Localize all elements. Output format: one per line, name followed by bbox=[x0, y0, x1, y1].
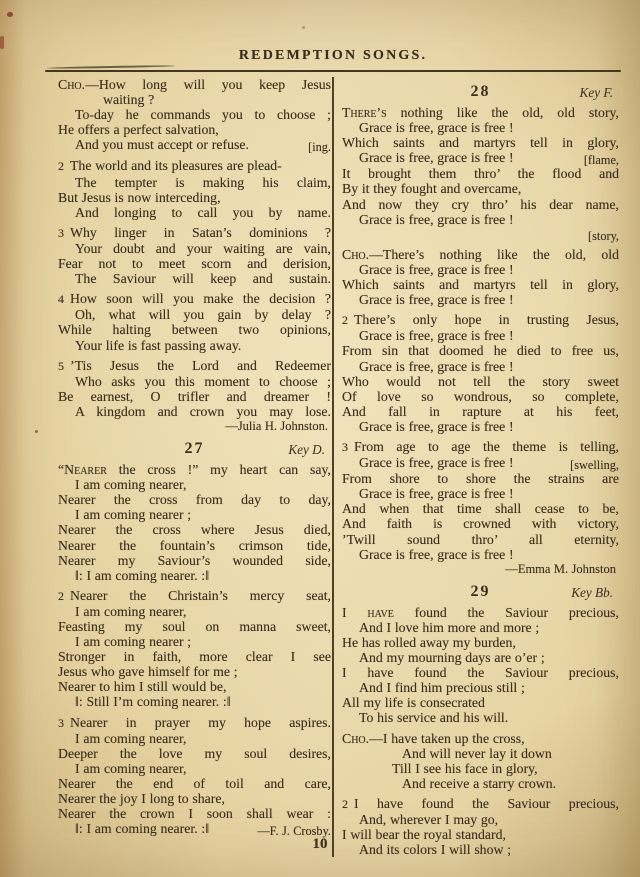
song-key: Key D. bbox=[288, 441, 325, 458]
song-heading: 29Key Bb. bbox=[342, 583, 619, 600]
song-line: The tempter is making his claim, bbox=[58, 175, 331, 190]
line-text: ’Twill sound thro’ all eternity, bbox=[342, 532, 619, 547]
attribution-line: —Julia H. Johnston. bbox=[58, 419, 331, 434]
song-line: By it they fought and overcame, bbox=[342, 181, 619, 196]
line-text: ‖: I am coming nearer. :‖ bbox=[75, 568, 209, 583]
line-text: Who would not tell the story sweet bbox=[342, 374, 619, 389]
line-text: Till I see his face in glory, bbox=[392, 761, 538, 776]
line-text: It brought them thro’ the flood and bbox=[342, 166, 619, 181]
song-line: “Nearer the cross !” my heart can say, bbox=[58, 462, 331, 477]
line-text: Which saints and martyrs tell in glory, bbox=[342, 135, 619, 150]
song-line: Your doubt and your waiting are vain, bbox=[58, 241, 331, 256]
stanza: Cho.—There’s nothing like the old, oldGr… bbox=[342, 247, 619, 307]
song-line: 2There’s only hope in trusting Jesus, bbox=[342, 312, 619, 328]
song-line: And, wherever I may go, bbox=[342, 812, 619, 827]
line-text: Grace is free, grace is free ! bbox=[359, 120, 514, 135]
song-line: Grace is free, grace is free ! bbox=[342, 212, 619, 227]
song-line: Nearer the fountain’s crimson tide, bbox=[58, 538, 331, 553]
stanza: 5’Tis Jesus the Lord and RedeemerWho ask… bbox=[58, 358, 331, 434]
song-line: And I find him precious still ; bbox=[342, 680, 619, 695]
song-line: He has rolled away my burden, bbox=[342, 635, 619, 650]
song-line: Of love so wondrous, so complete, bbox=[342, 389, 619, 404]
song-line: I am coming nearer, bbox=[58, 604, 331, 619]
line-text: Nearer the cross from day to day, bbox=[58, 492, 331, 507]
song-line: To his service and his will. bbox=[342, 710, 619, 725]
right-column: 28Key F.There’s nothing like the old, ol… bbox=[334, 77, 621, 857]
line-text: Grace is free, grace is free ! bbox=[359, 262, 514, 277]
song-line: And receive a starry crown. bbox=[342, 776, 619, 791]
line-text: And I love him more and more ; bbox=[359, 620, 539, 635]
line-text: From sin that doomed he died to free us, bbox=[342, 343, 619, 358]
verse-number: 2 bbox=[58, 589, 64, 603]
song-line: Feasting my soul on manna sweet, bbox=[58, 619, 331, 634]
line-text: From age to age the theme is telling, bbox=[354, 439, 619, 454]
small-caps-lead: There’s bbox=[342, 105, 387, 120]
line-text: And now they cry thro’ his dear name, bbox=[342, 197, 619, 212]
line-text: Why linger in Satan’s dominions ? bbox=[70, 225, 331, 240]
stanza: 3Why linger in Satan’s dominions ?Your d… bbox=[58, 225, 331, 286]
line-text: Nearer the end of toil and care, bbox=[58, 776, 331, 791]
song-line: Grace is free, grace is free ! bbox=[342, 486, 619, 501]
song-line: ‖: I am coming nearer. :‖ bbox=[58, 568, 331, 583]
song-line: 5’Tis Jesus the Lord and Redeemer bbox=[58, 358, 331, 374]
line-text: And fall in rapture at his feet, bbox=[342, 404, 619, 419]
small-caps-lead: Cho. bbox=[342, 731, 369, 746]
song-line: And you must accept or refuse.[ing. bbox=[58, 137, 331, 153]
song-line: The Saviour will keep and sustain. bbox=[58, 271, 331, 286]
song-line: It brought them thro’ the flood and bbox=[342, 166, 619, 181]
small-caps-lead: I have bbox=[342, 605, 394, 620]
line-text: Feasting my soul on manna sweet, bbox=[58, 619, 331, 634]
line-text: Cho.—I have taken up the cross, bbox=[342, 731, 525, 746]
song-number: 28 bbox=[342, 83, 619, 100]
stanza: 3From age to age the theme is telling,Gr… bbox=[342, 439, 619, 577]
page-number: 10 bbox=[0, 836, 640, 853]
song-line: All my life is consecrated bbox=[342, 695, 619, 710]
song-key: Key F. bbox=[580, 84, 613, 101]
line-text: And I find him precious still ; bbox=[359, 680, 525, 695]
verse-number: 2 bbox=[342, 313, 348, 327]
line-text: Nearer the joy I long to share, bbox=[58, 791, 225, 806]
runover-ref: [ing. bbox=[308, 140, 331, 155]
scan-artifact bbox=[302, 26, 305, 29]
line-text: Grace is free, grace is free ! bbox=[359, 419, 514, 434]
line-text: Nearer the fountain’s crimson tide, bbox=[58, 538, 331, 553]
verse-number: 4 bbox=[58, 292, 64, 306]
stanza: 2There’s only hope in trusting Jesus,Gra… bbox=[342, 312, 619, 434]
song-line: From shore to shore the strains are bbox=[342, 471, 619, 486]
verse-number: 3 bbox=[58, 226, 64, 240]
song-line: Nearer the cross from day to day, bbox=[58, 492, 331, 507]
runover-ref: [story, bbox=[588, 229, 619, 244]
song-line: I am coming nearer, bbox=[58, 731, 331, 746]
song-line: waiting ? bbox=[58, 92, 331, 107]
line-text: I am coming nearer, bbox=[75, 731, 186, 746]
line-text: From shore to shore the strains are bbox=[342, 471, 619, 486]
line-text: Nearer the crown I soon shall wear : bbox=[58, 806, 331, 821]
line-text: Nearer my Saviour’s wounded side, bbox=[58, 553, 331, 568]
song-line: And my mourning days are o’er ; bbox=[342, 650, 619, 665]
line-text: Nearer the Christain’s mercy seat, bbox=[70, 588, 331, 603]
line-text: I am coming nearer ; bbox=[75, 634, 191, 649]
song-line: Grace is free, grace is free ! bbox=[342, 120, 619, 135]
song-line: Nearer the cross where Jesus died, bbox=[58, 522, 331, 537]
line-text: Grace is free, grace is free ! bbox=[359, 486, 514, 501]
song-line: 3From age to age the theme is telling, bbox=[342, 439, 619, 455]
line-text: And my mourning days are o’er ; bbox=[359, 650, 545, 665]
song-line: But Jesus is now interceding, bbox=[58, 190, 331, 205]
line-text: But Jesus is now interceding, bbox=[58, 190, 221, 205]
line-text: He offers a perfect salvation, bbox=[58, 122, 219, 137]
song-line: Be earnest, O trifler and dreamer ! bbox=[58, 389, 331, 404]
small-caps-lead: Cho. bbox=[58, 77, 85, 92]
line-text: Who asks you this moment to choose ; bbox=[75, 374, 331, 389]
line-text: He has rolled away my burden, bbox=[342, 635, 516, 650]
line-text: Your life is fast passing away. bbox=[75, 338, 241, 353]
line-text: waiting ? bbox=[103, 92, 154, 107]
line-text: Fear not to meet scorn and derision, bbox=[58, 256, 331, 271]
book-page: REDEMPTION SONGS. Cho.—How long will you… bbox=[0, 0, 640, 877]
line-text: And you must accept or refuse. bbox=[75, 137, 249, 152]
song-line: Till I see his face in glory, bbox=[342, 761, 619, 776]
line-text: To his service and his will. bbox=[359, 710, 508, 725]
line-text: Nearer the cross where Jesus died, bbox=[58, 522, 331, 537]
small-caps-lead: Cho. bbox=[342, 247, 369, 262]
scan-artifact bbox=[35, 430, 38, 433]
line-text: All my life is consecrated bbox=[342, 695, 485, 710]
song-line: I am coming nearer ; bbox=[58, 634, 331, 649]
header-rule bbox=[45, 70, 621, 72]
line-text: And, wherever I may go, bbox=[359, 812, 498, 827]
line-text: Stronger in faith, more clear I see bbox=[58, 649, 331, 664]
line-text: Grace is free, grace is free ! bbox=[359, 547, 514, 562]
song-line: Grace is free, grace is free ! bbox=[342, 262, 619, 277]
line-text: Grace is free, grace is free ! bbox=[359, 328, 514, 343]
line-text: Grace is free, grace is free ! bbox=[359, 455, 514, 470]
small-caps-lead: “Nearer bbox=[58, 462, 107, 477]
song-line: From sin that doomed he died to free us, bbox=[342, 343, 619, 358]
stanza: “Nearer the cross !” my heart can say,I … bbox=[58, 462, 331, 583]
song-line: Stronger in faith, more clear I see bbox=[58, 649, 331, 664]
song-line: Deeper the love my soul desires, bbox=[58, 746, 331, 761]
line-text: I am coming nearer, bbox=[75, 604, 186, 619]
line-text: The Saviour will keep and sustain. bbox=[75, 271, 331, 286]
song-line: And when that time shall cease to be, bbox=[342, 501, 619, 516]
song-line: 2The world and its pleasures are plead- bbox=[58, 158, 331, 174]
scan-artifact bbox=[0, 36, 4, 49]
song-line: And I love him more and more ; bbox=[342, 620, 619, 635]
line-text: Which saints and martyrs tell in glory, bbox=[342, 277, 619, 292]
line-text: I have found the Saviour precious, bbox=[342, 665, 619, 680]
line-text: I have found the Saviour precious, bbox=[342, 605, 619, 620]
song-line: Your life is fast passing away. bbox=[58, 338, 331, 353]
song-line: 2Nearer the Christain’s mercy seat, bbox=[58, 588, 331, 604]
song-line: Which saints and martyrs tell in glory, bbox=[342, 135, 619, 150]
line-text: ‖: I am coming nearer. :‖ bbox=[75, 821, 209, 836]
song-line: Nearer the end of toil and care, bbox=[58, 776, 331, 791]
song-line: And now they cry thro’ his dear name, bbox=[342, 197, 619, 212]
song-line: Cho.—There’s nothing like the old, old bbox=[342, 247, 619, 262]
song-line: Who would not tell the story sweet bbox=[342, 374, 619, 389]
song-line: I am coming nearer, bbox=[58, 761, 331, 776]
page-content: REDEMPTION SONGS. Cho.—How long will you… bbox=[45, 48, 621, 857]
line-text: Oh, what will you gain by delay ? bbox=[75, 307, 331, 322]
song-line: While halting between two opinions, bbox=[58, 322, 331, 337]
line-text: I am coming nearer, bbox=[75, 761, 186, 776]
line-text: I am coming nearer ; bbox=[75, 507, 191, 522]
song-line: Jesus who gave himself for me ; bbox=[58, 664, 331, 679]
verse-number: 3 bbox=[342, 440, 348, 454]
line-text: ‖: Still I’m coming nearer. :‖ bbox=[75, 694, 231, 709]
stanza: 2The world and its pleasures are plead-T… bbox=[58, 158, 331, 219]
line-text: Deeper the love my soul desires, bbox=[58, 746, 331, 761]
stanza: 3Nearer in prayer my hope aspires.I am c… bbox=[58, 715, 331, 838]
song-line: Grace is free, grace is free ! bbox=[342, 328, 619, 343]
song-line: To-day he commands you to choose ; bbox=[58, 107, 331, 122]
line-text: A kingdom and crown you may lose. bbox=[75, 404, 331, 419]
line-text: I have found the Saviour precious, bbox=[354, 796, 619, 811]
line-text: The tempter is making his claim, bbox=[75, 175, 331, 190]
song-line: Cho.—How long will you keep Jesus bbox=[58, 77, 331, 92]
line-text: And faith is crowned with victory, bbox=[342, 516, 619, 531]
left-column: Cho.—How long will you keep Jesuswaiting… bbox=[45, 77, 331, 857]
song-heading: 28Key F. bbox=[342, 83, 619, 100]
song-line: [story, bbox=[342, 227, 619, 242]
line-text: Grace is free, grace is free ! bbox=[359, 292, 514, 307]
song-heading: 27Key D. bbox=[58, 440, 331, 457]
line-text: Grace is free, grace is free ! bbox=[359, 359, 514, 374]
page-header: REDEMPTION SONGS. bbox=[45, 48, 621, 64]
line-text: There’s only hope in trusting Jesus, bbox=[354, 312, 619, 327]
line-text: Nearer to him I still would be, bbox=[58, 679, 226, 694]
song-line: Grace is free, grace is free ![flame, bbox=[342, 150, 619, 166]
scan-artifact bbox=[7, 12, 13, 17]
song-line: Grace is free, grace is free ! bbox=[342, 547, 619, 562]
song-line: And faith is crowned with victory, bbox=[342, 516, 619, 531]
song-line: Fear not to meet scorn and derision, bbox=[58, 256, 331, 271]
line-text: How soon will you make the decision ? bbox=[70, 291, 331, 306]
line-text: Nearer in prayer my hope aspires. bbox=[70, 715, 331, 730]
verse-number: 3 bbox=[58, 716, 64, 730]
song-line: 4How soon will you make the decision ? bbox=[58, 291, 331, 307]
song-line: A kingdom and crown you may lose. bbox=[58, 404, 331, 419]
verse-number: 2 bbox=[58, 159, 64, 173]
song-line: 3Why linger in Satan’s dominions ? bbox=[58, 225, 331, 241]
line-text: “Nearer the cross !” my heart can say, bbox=[58, 462, 331, 477]
line-text: To-day he commands you to choose ; bbox=[75, 107, 331, 122]
line-text: The world and its pleasures are plead- bbox=[70, 158, 282, 173]
verse-number: 5 bbox=[58, 359, 64, 373]
line-text: Grace is free, grace is free ! bbox=[359, 212, 514, 227]
stanza: 4How soon will you make the decision ?Oh… bbox=[58, 291, 331, 352]
song-line: Grace is free, grace is free ! bbox=[342, 419, 619, 434]
song-line: Grace is free, grace is free ! bbox=[342, 292, 619, 307]
song-line: 3Nearer in prayer my hope aspires. bbox=[58, 715, 331, 731]
song-line: ’Twill sound thro’ all eternity, bbox=[342, 532, 619, 547]
song-line: Who asks you this moment to choose ; bbox=[58, 374, 331, 389]
song-line: I have found the Saviour precious, bbox=[342, 665, 619, 680]
song-line: I am coming nearer, bbox=[58, 477, 331, 492]
stanza: There’s nothing like the old, old story,… bbox=[342, 105, 619, 242]
song-line: Nearer the crown I soon shall wear : bbox=[58, 806, 331, 821]
song-line: ‖: I am coming nearer. :‖—F. J. Crosby. bbox=[58, 821, 331, 837]
line-text: Grace is free, grace is free ! bbox=[359, 150, 514, 165]
line-text: And receive a starry crown. bbox=[402, 776, 556, 791]
song-line: Cho.—I have taken up the cross, bbox=[342, 731, 619, 746]
song-line: Nearer to him I still would be, bbox=[58, 679, 331, 694]
song-line: He offers a perfect salvation, bbox=[58, 122, 331, 137]
song-line: I have found the Saviour precious, bbox=[342, 605, 619, 620]
line-text: There’s nothing like the old, old story, bbox=[342, 105, 619, 120]
verse-number: 2 bbox=[342, 797, 348, 811]
line-text: Of love so wondrous, so complete, bbox=[342, 389, 619, 404]
song-line: Nearer the joy I long to share, bbox=[58, 791, 331, 806]
song-line: I am coming nearer ; bbox=[58, 507, 331, 522]
song-line: Grace is free, grace is free ![swelling, bbox=[342, 455, 619, 471]
line-text: And longing to call you by name. bbox=[75, 205, 331, 220]
stanza: Cho.—How long will you keep Jesuswaiting… bbox=[58, 77, 331, 153]
song-line: Oh, what will you gain by delay ? bbox=[58, 307, 331, 322]
runover-ref: [flame, bbox=[584, 153, 619, 168]
song-line: And will never lay it down bbox=[342, 746, 619, 761]
line-text: Be earnest, O trifler and dreamer ! bbox=[58, 389, 331, 404]
line-text: Cho.—How long will you keep Jesus bbox=[58, 77, 331, 92]
line-text: Cho.—There’s nothing like the old, old bbox=[342, 247, 619, 262]
song-line: Nearer my Saviour’s wounded side, bbox=[58, 553, 331, 568]
line-text: ’Tis Jesus the Lord and Redeemer bbox=[70, 358, 331, 373]
song-line: And longing to call you by name. bbox=[58, 205, 331, 220]
stanza: I have found the Saviour precious,And I … bbox=[342, 605, 619, 726]
stanza: 2Nearer the Christain’s mercy seat,I am … bbox=[58, 588, 331, 710]
line-text: And when that time shall cease to be, bbox=[342, 501, 619, 516]
song-line: ‖: Still I’m coming nearer. :‖ bbox=[58, 694, 331, 709]
line-text: And will never lay it down bbox=[402, 746, 552, 761]
song-line: There’s nothing like the old, old story, bbox=[342, 105, 619, 120]
line-text: I am coming nearer, bbox=[75, 477, 186, 492]
line-text: By it they fought and overcame, bbox=[342, 181, 521, 196]
line-text: Jesus who gave himself for me ; bbox=[58, 664, 238, 679]
song-key: Key Bb. bbox=[571, 584, 613, 601]
line-text: Your doubt and your waiting are vain, bbox=[75, 241, 331, 256]
song-line: 2I have found the Saviour precious, bbox=[342, 796, 619, 812]
song-line: And fall in rapture at his feet, bbox=[342, 404, 619, 419]
line-text: While halting between two opinions, bbox=[58, 322, 331, 337]
stanza: Cho.—I have taken up the cross,And will … bbox=[342, 731, 619, 791]
song-line: Which saints and martyrs tell in glory, bbox=[342, 277, 619, 292]
attribution-line: —Emma M. Johnston bbox=[342, 562, 619, 577]
song-line: Grace is free, grace is free ! bbox=[342, 359, 619, 374]
columns: Cho.—How long will you keep Jesuswaiting… bbox=[45, 77, 621, 857]
runover-ref: [swelling, bbox=[570, 458, 619, 473]
